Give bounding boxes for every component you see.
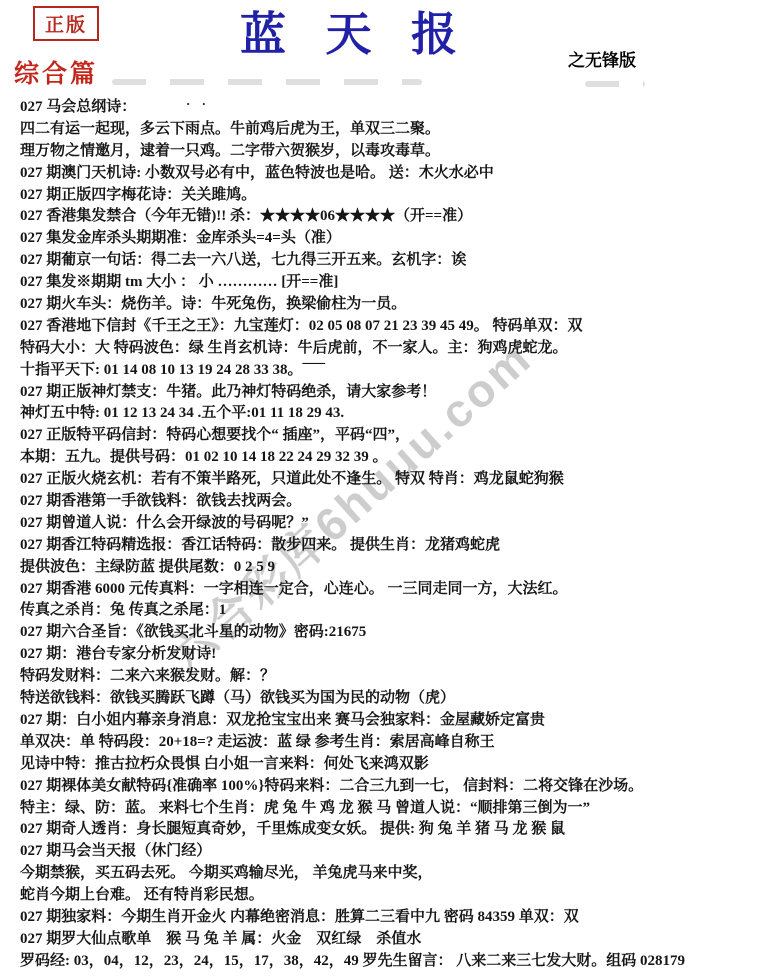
text-line: 特码发财料：二来六来猴发财。解：？	[20, 666, 758, 688]
text-line: 蛇肖今期上台难。 还有特肖彩民想。	[20, 885, 758, 907]
scan-smudge	[585, 81, 645, 87]
text-line: 027 期奇人透肖：身长腿短真奇妙，千里炼成变女妖。 提供: 狗 兔 羊 猪 马…	[20, 819, 758, 841]
text-line: 理万物之情邀月，逮着一只鸡。二字带六贺猴岁，以毒攻毒草。	[20, 141, 758, 163]
text-line: 027 期葡京一句话：得二去一六八送，七九得三开五来。玄机字：诶	[20, 250, 758, 272]
text-line: 027 期香江特码精选报：香江话特码：散步四来。 提供生肖：龙猪鸡蛇虎	[20, 535, 758, 557]
text-line: 027 期独家料：今期生肖开金火 内幕绝密消息：胜算二三看中九 密码 84359…	[20, 907, 758, 929]
authentic-badge: 正版	[33, 6, 99, 41]
text-line: 十指平天下: 01 14 08 10 13 19 24 28 33 38。¯¯¯	[20, 360, 758, 382]
scan-smudge	[112, 79, 422, 85]
text-line: 027 期裸体美女献特码{准确率 100%}特码来料：二合三九到一七， 信封料：…	[20, 776, 758, 798]
tips-text-block: 027 马会总纲诗： 四二有运一起现，多云下雨点。牛前鸡后虎为王，单双三二聚。 …	[20, 97, 758, 973]
text-line: 027 期正版四字梅花诗：关关雎鸠。	[20, 185, 758, 207]
text-line: 本期：五九。提供号码：01 02 10 14 18 22 24 29 32 39…	[20, 447, 758, 469]
edition-label: 之无锋版	[568, 46, 636, 71]
text-line: 027 期：白小姐内幕亲身消息：双龙抢宝宝出来 赛马会独家料：金屋藏娇定富贵	[20, 710, 758, 732]
text-line: 027 期罗大仙点歌单 猴 马 兔 羊 属：火金 双红绿 杀值水	[20, 929, 758, 951]
text-line: 027 期曾道人说：什么会开绿波的号码呢？”	[20, 513, 758, 535]
text-line: 特送欲钱料：欲钱买腾跃飞蹲（马）欲钱买为国为民的动物（虎）	[20, 688, 758, 710]
text-line: 四二有运一起现，多云下雨点。牛前鸡后虎为王，单双三二聚。	[20, 119, 758, 141]
text-line: 提供波色：主绿防蓝 提供尾数：0 2 5 9	[20, 557, 758, 579]
text-line: 027 期：港台专家分析发财诗!	[20, 644, 758, 666]
text-line: 027 香港集发禁合（今年无错)!! 杀：★★★★06★★★★（开==准）	[20, 206, 758, 228]
text-line: 027 期香港第一手欲钱料：欲钱去找两会。	[20, 491, 758, 513]
text-line: 罗码经: 03，04，12，23，24，15，17，38，42，49 罗先生留言…	[20, 951, 758, 973]
text-line: 见诗中特：推古拉朽众畏惧 白小姐一言来料：何处飞来鸿双影	[20, 754, 758, 776]
text-line: 今期禁猴，买五码去死。 今期买鸡输尽光， 羊兔虎马来中奖，	[20, 863, 758, 885]
text-line: 027 期马会当天报（休门经）	[20, 841, 758, 863]
page-title: 蓝 天 报	[240, 0, 471, 64]
text-line: 027 正版火烧玄机：若有不策半路死，只道此处不逢生。 特双 特肖：鸡龙鼠蛇狗猴	[20, 469, 758, 491]
text-line: 027 集发※期期 tm 大小 ： 小 ………… [开==准]	[20, 272, 758, 294]
newspaper-page: 六合彩库6huuu.com 正版 蓝 天 报 之无锋版 综合篇 · · 027 …	[0, 0, 762, 980]
text-line: 027 正版特平码信封：特码心想要找个“ 插座”，平码“四”，	[20, 425, 758, 447]
text-line: 027 期六合圣旨：《欲钱买北斗星的动物》密码:21675	[20, 622, 758, 644]
text-line: 特码大小：大 特码波色：绿 生肖玄机诗：牛后虎前，不一家人。主：狗鸡虎蛇龙。	[20, 338, 758, 360]
text-line: 027 期火车头：烧伤羊。诗：牛死兔伤，换梁偷柱为一员。	[20, 294, 758, 316]
text-line: 027 马会总纲诗：	[20, 97, 758, 119]
text-line: 027 期香港 6000 元传真料：一字相连一定合，心连心。 一三同走同一方，大…	[20, 579, 758, 601]
text-line: 特主：绿、防：蓝。 来料七个生肖：虎 兔 牛 鸡 龙 猴 马 曾道人说：“顺排第…	[20, 798, 758, 820]
text-line: 027 香港地下信封《千王之王》：九宝莲灯：02 05 08 07 21 23 …	[20, 316, 758, 338]
text-line: 传真之杀肖：兔 传真之杀尾：1	[20, 600, 758, 622]
text-line: 027 集发金库杀头期期准：金库杀头=4=头（准）	[20, 228, 758, 250]
text-line: 神灯五中特: 01 12 13 24 34 .五个平:01 11 18 29 4…	[20, 403, 758, 425]
text-line: 027 期正版神灯禁支：牛猪。此乃神灯特码绝杀，请大家参考！	[20, 382, 758, 404]
text-line: 单双决：单 特码段：20+18=? 走运波：蓝 绿 参考生肖：索居高峰自称王	[20, 732, 758, 754]
section-heading: 综合篇	[14, 54, 98, 90]
text-line: 027 期澳门天机诗: 小数双号必有中，蓝色特波也是哈。 送：木火水必中	[20, 163, 758, 185]
